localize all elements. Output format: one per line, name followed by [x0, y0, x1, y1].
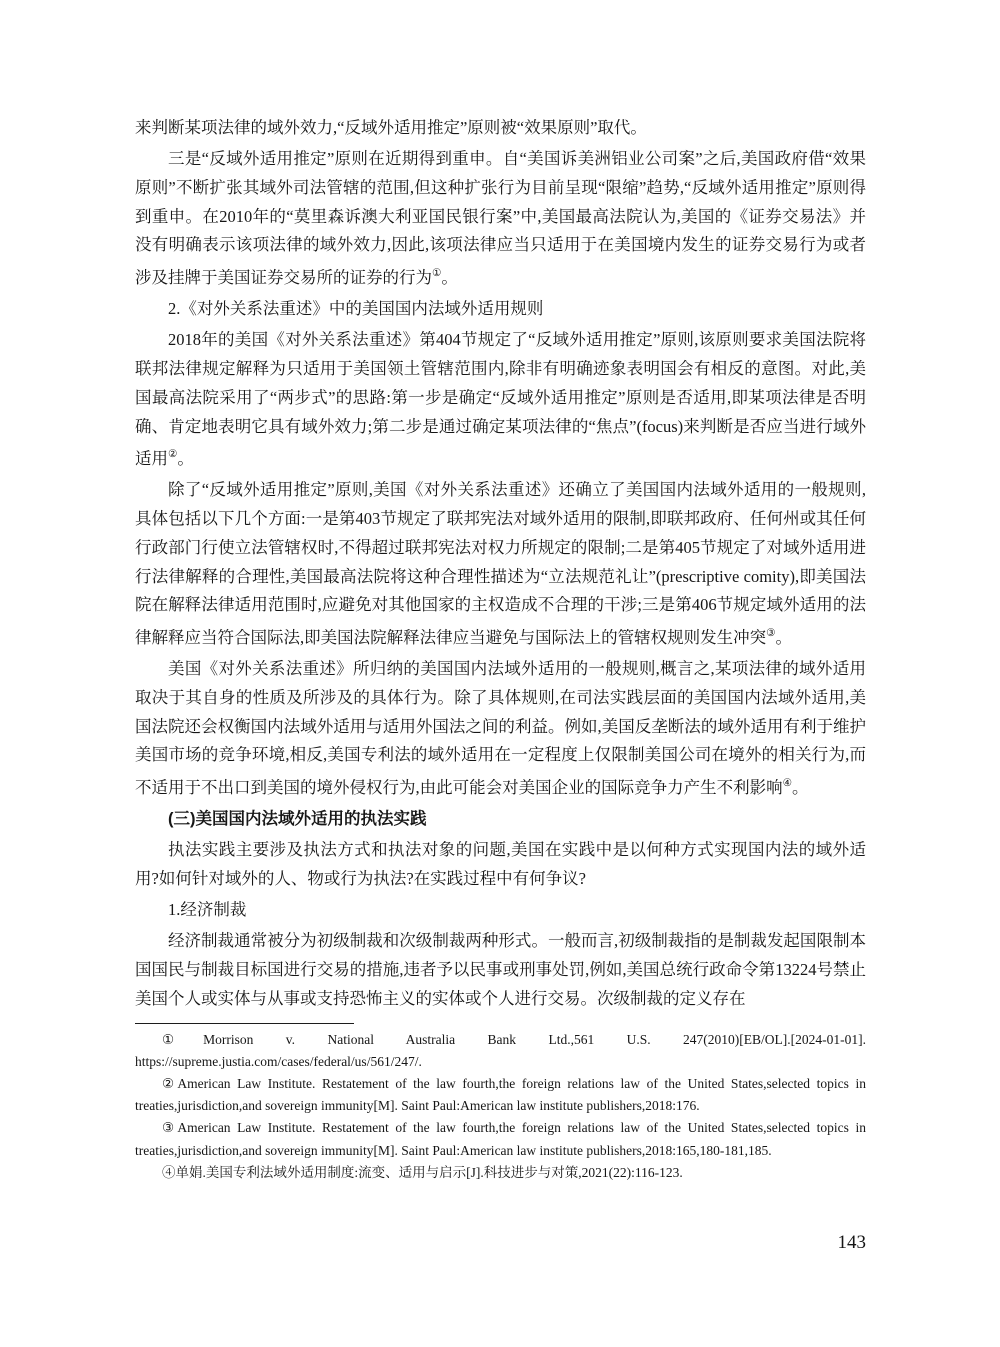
- body-paragraphs: 来判断某项法律的域外效力,“反域外适用推定”原则被“效果原则”取代。三是“反域外…: [135, 114, 866, 1014]
- footnote-marker: ②: [168, 449, 177, 460]
- document-page: 来判断某项法律的域外效力,“反域外适用推定”原则被“效果原则”取代。三是“反域外…: [0, 0, 1000, 1347]
- text-run: 经济制裁通常被分为初级制裁和次级制裁两种形式。一般而言,初级制裁指的是制裁发起国…: [135, 931, 866, 1007]
- text-run: 1.经济制裁: [168, 900, 246, 919]
- paragraph: 执法实践主要涉及执法方式和执法对象的问题,美国在实践中是以何种方式实现国内法的域…: [135, 836, 866, 893]
- text-run: 除了“反域外适用推定”原则,美国《对外关系法重述》还确立了美国国内法域外适用的一…: [135, 480, 866, 647]
- footnotes-list: ①Morrison v. National Australia Bank Ltd…: [135, 1029, 866, 1184]
- footnote-item: ①Morrison v. National Australia Bank Ltd…: [135, 1029, 866, 1073]
- paragraph: 来判断某项法律的域外效力,“反域外适用推定”原则被“效果原则”取代。: [135, 114, 866, 143]
- paragraph: 三是“反域外适用推定”原则在近期得到重申。自“美国诉美洲铝业公司案”之后,美国政…: [135, 145, 866, 293]
- text-run: 。: [441, 268, 458, 287]
- sub-heading: 2.《对外关系法重述》中的美国国内法域外适用规则: [135, 295, 866, 324]
- text-run: 。: [776, 628, 793, 647]
- text-run: 2018年的美国《对外关系法重述》第404节规定了“反域外适用推定”原则,该原则…: [135, 330, 866, 468]
- text-run: (三)美国国内法域外适用的执法实践: [168, 810, 427, 828]
- text-run: 。: [792, 778, 809, 797]
- footnote-item: ④单娟.美国专利法域外适用制度:流变、适用与启示[J].科技进步与对策,2021…: [135, 1162, 866, 1184]
- footnote-marker: ④: [783, 778, 792, 789]
- text-run: 2.《对外关系法重述》中的美国国内法域外适用规则: [168, 299, 543, 318]
- paragraph: 经济制裁通常被分为初级制裁和次级制裁两种形式。一般而言,初级制裁指的是制裁发起国…: [135, 927, 866, 1013]
- text-run: 美国《对外关系法重述》所归纳的美国国内法域外适用的一般规则,概言之,某项法律的域…: [135, 659, 866, 797]
- section-heading: (三)美国国内法域外适用的执法实践: [135, 805, 866, 834]
- footnote-separator: [135, 1023, 354, 1024]
- footnote-item: ②American Law Institute. Restatement of …: [135, 1073, 866, 1117]
- text-run: 三是“反域外适用推定”原则在近期得到重申。自“美国诉美洲铝业公司案”之后,美国政…: [135, 149, 866, 287]
- page-number: 143: [135, 1232, 866, 1254]
- footnote-marker: ③: [766, 628, 775, 639]
- paragraph: 美国《对外关系法重述》所归纳的美国国内法域外适用的一般规则,概言之,某项法律的域…: [135, 655, 866, 803]
- footnote-marker: ①: [432, 268, 441, 279]
- paragraph: 除了“反域外适用推定”原则,美国《对外关系法重述》还确立了美国国内法域外适用的一…: [135, 476, 866, 652]
- paragraph: 2018年的美国《对外关系法重述》第404节规定了“反域外适用推定”原则,该原则…: [135, 326, 866, 474]
- sub-heading: 1.经济制裁: [135, 896, 866, 925]
- text-run: 来判断某项法律的域外效力,“反域外适用推定”原则被“效果原则”取代。: [135, 118, 647, 137]
- body-text-block: 来判断某项法律的域外效力,“反域外适用推定”原则被“效果原则”取代。三是“反域外…: [135, 114, 866, 1184]
- footnote-item: ③American Law Institute. Restatement of …: [135, 1117, 866, 1161]
- text-run: 。: [177, 449, 194, 468]
- text-run: 执法实践主要涉及执法方式和执法对象的问题,美国在实践中是以何种方式实现国内法的域…: [135, 840, 866, 888]
